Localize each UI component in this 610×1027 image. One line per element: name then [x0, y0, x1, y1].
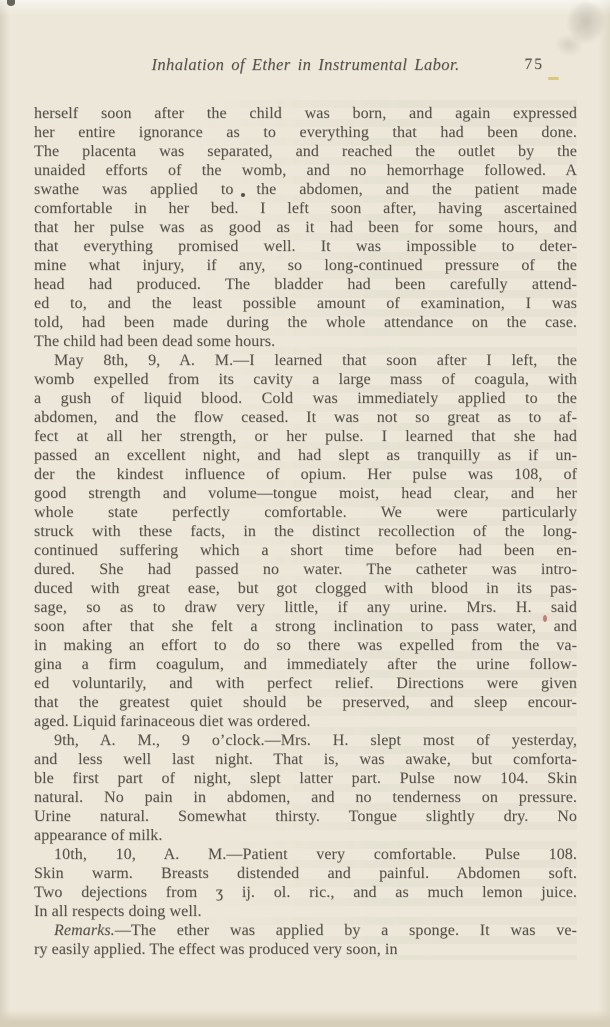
text-line: ed to, and the least possible amount of … [34, 294, 577, 313]
text-line: unaided efforts of the womb, and no hemo… [34, 161, 577, 180]
text-line: ry easily applied. The effect was produc… [34, 940, 577, 959]
text-line: Remarks.—The ether was applied by a spon… [34, 921, 577, 940]
text-line: her entire ignorance as to everything th… [34, 123, 577, 142]
running-head-title: Inhalation of Ether in Instrumental Labo… [34, 55, 577, 75]
text-line: swathe was applied to the abdomen, and t… [34, 180, 577, 199]
text-line: ble first part of night, slept latter pa… [34, 769, 577, 788]
text-line: fect at all her strength, or her pulse. … [34, 427, 577, 446]
text-line: duced with great ease, but got clogged w… [34, 579, 577, 598]
text-line: told, had been made during the whole att… [34, 313, 577, 332]
text-line: whole state perfectly comfortable. We we… [34, 503, 577, 522]
text-block: herself soon after the child was born, a… [34, 104, 577, 959]
text-line: sage, so as to draw very little, if any … [34, 598, 577, 617]
italic-lead: Remarks. [54, 922, 115, 939]
text-line: dured. She had passed no water. The cath… [34, 560, 577, 579]
text-line: continued suffering which a short time b… [34, 541, 577, 560]
text-line: The child had been dead some hours. [34, 332, 577, 351]
text-line: gina a firm coagulum, and immediately af… [34, 655, 577, 674]
text-line: comfortable in her bed. I left soon afte… [34, 199, 577, 218]
text-line: womb expelled from its cavity a large ma… [34, 370, 577, 389]
text-line: soon after that she felt a strong inclin… [34, 617, 577, 636]
text-line: 10th, 10, A. M.—Patient very comfortable… [34, 845, 577, 864]
text-line: Two dejections from ʒ ij. ol. ric., and … [34, 883, 577, 902]
text-line: The placenta was separated, and reached … [34, 142, 577, 161]
text-line: and less well last night. That is, was a… [34, 750, 577, 769]
text-line: that her pulse was as good as it had bee… [34, 218, 577, 237]
text-line: herself soon after the child was born, a… [34, 104, 577, 123]
text-line: 9th, A. M., 9 o’clock.—Mrs. H. slept mos… [34, 731, 577, 750]
text-line: mine what injury, if any, so long-contin… [34, 256, 577, 275]
text-line: that the greatest quiet should be preser… [34, 693, 577, 712]
text-line: good strength and volume—tongue moist, h… [34, 484, 577, 503]
scanned-page: Inhalation of Ether in Instrumental Labo… [0, 0, 610, 1027]
page-header: Inhalation of Ether in Instrumental Labo… [34, 55, 577, 77]
text-line: in making an effort to do so there was e… [34, 636, 577, 655]
text-line: Skin warm. Breasts distended and painful… [34, 864, 577, 883]
text-line: aged. Liquid farinaceous diet was ordere… [34, 712, 577, 731]
top-left-ink-mark [7, 0, 15, 6]
text-line: In all respects doing well. [34, 902, 577, 921]
text-line: May 8th, 9, A. M.—I learned that soon af… [34, 351, 577, 370]
text-line: head had produced. The bladder had been … [34, 275, 577, 294]
text-line: appearance of milk. [34, 826, 577, 845]
text-line: struck with these facts, in the distinct… [34, 522, 577, 541]
text-line: a gush of liquid blood. Cold was immedia… [34, 389, 577, 408]
text-line: passed an excellent night, and had slept… [34, 446, 577, 465]
text-line: ed voluntarily, and with perfect relief.… [34, 674, 577, 693]
text-line: abdomen, and the flow ceased. It was not… [34, 408, 577, 427]
text-line: natural. No pain in abdomen, and no tend… [34, 788, 577, 807]
text-line: that everything promised well. It was im… [34, 237, 577, 256]
text-line: der the kindest influence of opium. Her … [34, 465, 577, 484]
text-line: Urine natural. Somewhat thirsty. Tongue … [34, 807, 577, 826]
yellow-mark [548, 77, 559, 80]
page-number: 75 [525, 56, 545, 74]
